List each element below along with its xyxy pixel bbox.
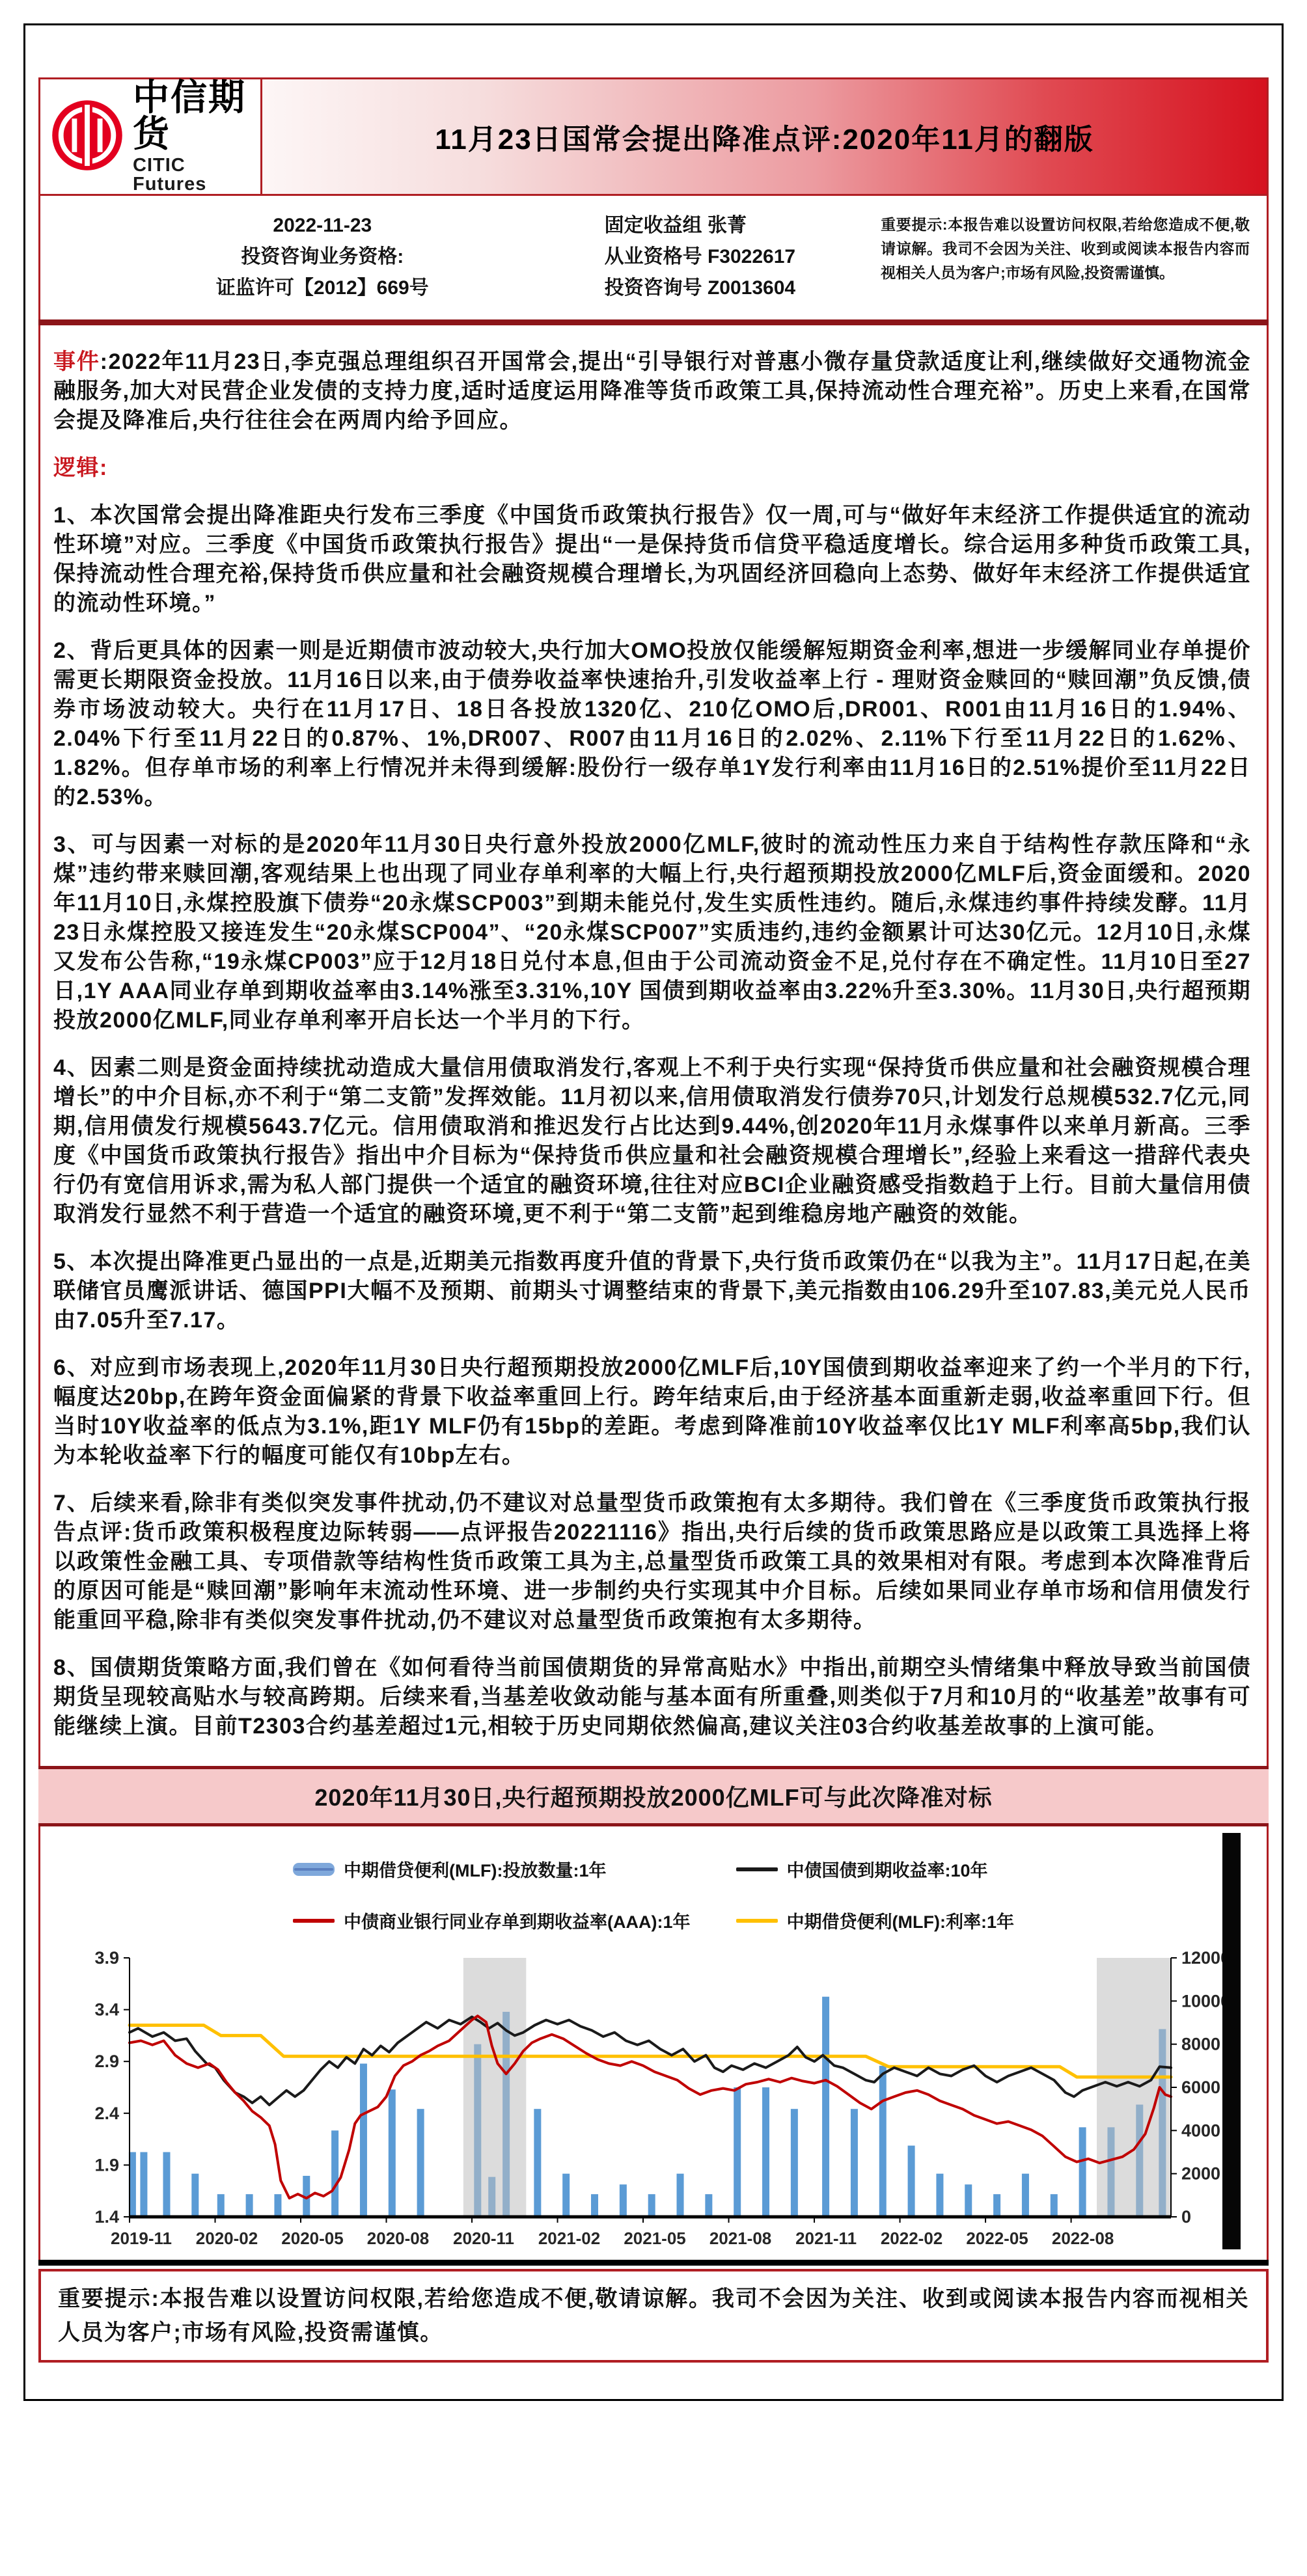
- black-line-marker-icon: [736, 1867, 778, 1871]
- chart-region: 中期借贷便利(MLF):投放数量:1年 中债国债到期收益率:10年 中债商业银行…: [38, 1826, 1269, 2260]
- svg-text:4000: 4000: [1181, 2121, 1220, 2140]
- body-paragraph-5: 5、本次提出降准更凸显出的一点是,近期美元指数再度升值的背景下,央行货币政策仍在…: [53, 1247, 1251, 1335]
- svg-text:2021-02: 2021-02: [538, 2229, 600, 2248]
- chart-legend: 中期借贷便利(MLF):投放数量:1年 中债国债到期收益率:10年 中债商业银行…: [40, 1856, 1267, 1933]
- title-banner: 11月23日国常会提出降准点评:2020年11月的翻版: [262, 77, 1269, 196]
- svg-text:8000: 8000: [1181, 2035, 1220, 2054]
- company-logo: 中信期货 CITIC Futures: [38, 77, 262, 196]
- legend-item-treasury-yield: 中债国债到期收益率:10年: [736, 1856, 1014, 1882]
- chart-right-black-strip: [1222, 1833, 1241, 2249]
- blue-bar-marker-icon: [293, 1863, 335, 1876]
- body-paragraph-8: 8、国债期货策略方面,我们曾在《如何看待当前国债期货的异常高贴水》中指出,前期空…: [53, 1653, 1251, 1741]
- qualification-line2: 证监许可【2012】669号: [40, 273, 605, 304]
- svg-text:2000: 2000: [1181, 2164, 1220, 2184]
- svg-text:2022-02: 2022-02: [881, 2229, 942, 2248]
- svg-text:2019-11: 2019-11: [111, 2229, 172, 2248]
- body-paragraph-6: 6、对应到市场表现上,2020年11月30日央行超预期投放2000亿MLF后,1…: [53, 1353, 1251, 1471]
- mlf-chart: 1.41.92.42.93.43.90200040006000800010000…: [68, 1950, 1239, 2256]
- brand-name-en: CITIC Futures: [133, 156, 260, 194]
- logic-label: 逻辑:: [53, 454, 1251, 483]
- qualification-line1: 投资咨询业务资格:: [40, 241, 605, 273]
- citic-logo-icon: [51, 99, 124, 175]
- report-page: 中信期货 CITIC Futures 11月23日国常会提出降准点评:2020年…: [23, 23, 1284, 2401]
- red-line-marker-icon: [293, 1919, 335, 1923]
- author-block: 固定收益组 张菁 从业资格号 F3022617 投资咨询号 Z0013604: [605, 210, 874, 304]
- qualification-block: 2022-11-23 投资咨询业务资格: 证监许可【2012】669号: [40, 210, 605, 304]
- legend-item-mlf-volume: 中期借贷便利(MLF):投放数量:1年: [293, 1856, 691, 1882]
- svg-text:2.4: 2.4: [94, 2104, 119, 2123]
- svg-text:2021-05: 2021-05: [624, 2229, 685, 2248]
- svg-text:2020-02: 2020-02: [196, 2229, 258, 2248]
- svg-text:2020-11: 2020-11: [453, 2229, 514, 2248]
- chart-bottom-divider: [38, 2260, 1269, 2266]
- svg-text:3.4: 3.4: [94, 2000, 119, 2020]
- body-paragraph-1: 1、本次国常会提出降准距央行发布三季度《中国货币政策执行报告》仅一周,可与“做好…: [53, 501, 1251, 618]
- yellow-line-marker-icon: [736, 1919, 778, 1923]
- report-header: 中信期货 CITIC Futures 11月23日国常会提出降准点评:2020年…: [38, 77, 1269, 196]
- event-label: 事件: [53, 349, 100, 374]
- svg-text:2020-05: 2020-05: [281, 2229, 343, 2248]
- footer-disclaimer: 重要提示:本报告难以设置访问权限,若给您造成不便,敬请谅解。我司不会因为关注、收…: [38, 2269, 1269, 2363]
- svg-text:2021-11: 2021-11: [795, 2229, 857, 2248]
- svg-text:1.9: 1.9: [94, 2155, 119, 2175]
- svg-text:2020-08: 2020-08: [367, 2229, 429, 2248]
- chart-title-bar: 2020年11月30日,央行超预期投放2000亿MLF可与此次降准对标: [38, 1766, 1269, 1826]
- event-paragraph: 事件:2022年11月23日,李克强总理组织召开国常会,提出“引导银行对普惠小微…: [53, 347, 1251, 435]
- legend-item-mlf-rate: 中期借贷便利(MLF):利率:1年: [736, 1908, 1014, 1933]
- legend-label: 中期借贷便利(MLF):利率:1年: [787, 1908, 1014, 1933]
- body-paragraph-2: 2、背后更具体的因素一则是近期债市波动较大,央行加大OMO投放仅能缓解短期资金利…: [53, 636, 1251, 812]
- header-notice: 重要提示:本报告难以设置访问权限,若给您造成不便,敬请谅解。我司不会因为关注、收…: [874, 210, 1267, 304]
- body-paragraph-4: 4、因素二则是资金面持续扰动造成大量信用债取消发行,客观上不利于央行实现“保持货…: [53, 1053, 1251, 1229]
- event-text: :2022年11月23日,李克强总理组织召开国常会,提出“引导银行对普惠小微存量…: [53, 349, 1251, 433]
- bottom-whitespace: [38, 2363, 1269, 2379]
- svg-text:0: 0: [1181, 2207, 1191, 2227]
- legend-item-ncd-yield: 中债商业银行同业存单到期收益率(AAA):1年: [293, 1908, 691, 1933]
- legend-label: 中债国债到期收益率:10年: [787, 1856, 988, 1882]
- report-title: 11月23日国常会提出降准点评:2020年11月的翻版: [435, 116, 1094, 157]
- svg-text:3.9: 3.9: [94, 1950, 119, 1968]
- brand-name-cn: 中信期货: [133, 79, 260, 152]
- header-divider: [38, 319, 1269, 325]
- svg-text:2.9: 2.9: [94, 2052, 119, 2071]
- body-paragraph-7: 7、后续来看,除非有类似突发事件扰动,仍不建议对总量型货币政策抱有太多期待。我们…: [53, 1489, 1251, 1635]
- legend-label: 中期借贷便利(MLF):投放数量:1年: [344, 1856, 606, 1882]
- report-info-row: 2022-11-23 投资咨询业务资格: 证监许可【2012】669号 固定收益…: [38, 196, 1269, 319]
- svg-text:6000: 6000: [1181, 2078, 1220, 2097]
- report-body: 事件:2022年11月23日,李克强总理组织召开国常会,提出“引导银行对普惠小微…: [38, 325, 1269, 1766]
- team-and-author: 固定收益组 张菁: [605, 210, 874, 241]
- advisory-cert-no: 投资咨询号 Z0013604: [605, 273, 874, 304]
- svg-text:1.4: 1.4: [94, 2207, 119, 2227]
- svg-text:2021-08: 2021-08: [709, 2229, 771, 2248]
- svg-text:2022-05: 2022-05: [966, 2229, 1028, 2248]
- brand-text: 中信期货 CITIC Futures: [133, 79, 260, 194]
- legend-label: 中债商业银行同业存单到期收益率(AAA):1年: [344, 1908, 691, 1933]
- report-date: 2022-11-23: [40, 210, 605, 241]
- practice-cert-no: 从业资格号 F3022617: [605, 241, 874, 273]
- svg-text:2022-08: 2022-08: [1052, 2229, 1114, 2248]
- body-paragraph-3: 3、可与因素一对标的是2020年11月30日央行意外投放2000亿MLF,彼时的…: [53, 830, 1251, 1035]
